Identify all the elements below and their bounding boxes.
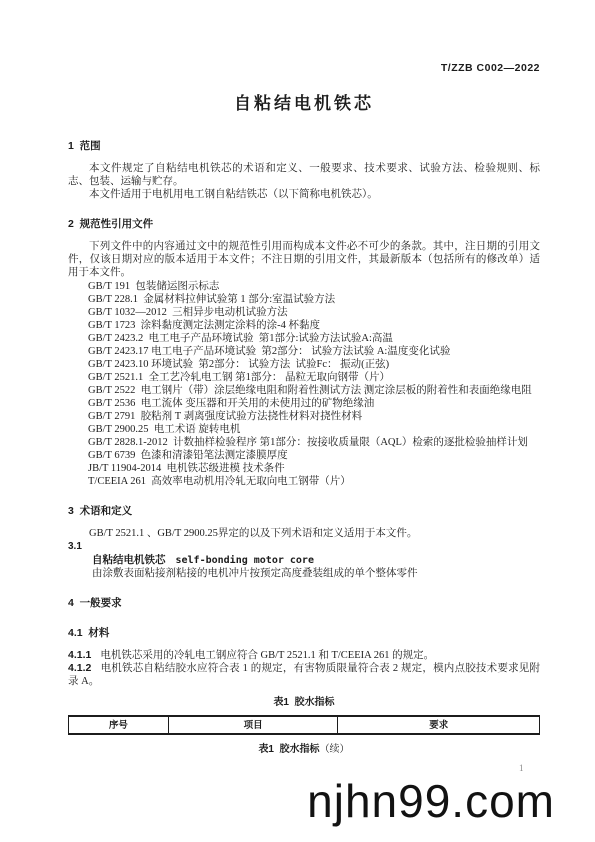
caption-suffix: （续） [320, 744, 350, 755]
term-en: self-bonding motor core [176, 555, 314, 566]
clause-number: 4.1.2 [68, 662, 91, 674]
section-1-paragraph: 本文件适用于电机用电工钢自粘结铁芯（以下简称电机铁芯）。 [68, 188, 540, 201]
section-4-heading: 4 一般要求 [68, 597, 540, 610]
reference-item: T/CEEIA 261 高效率电动机用冷轧无取向电工钢带（片） [68, 475, 540, 488]
page-number: 1 [519, 762, 524, 775]
reference-item: JB/T 11904-2014 电机铁芯级进模 技术条件 [68, 462, 540, 475]
reference-item: GB/T 2423.10 环境试验 第2部分： 试验方法 试验Fc： 振动(正弦… [68, 358, 540, 371]
reference-item: GB/T 2521.1 全工艺冷轧电工钢 第1部分： 晶粒无取向钢带（片） [68, 371, 540, 384]
reference-item: GB/T 2522 电工钢片（带）涂层绝缘电阻和附着性测试方法 测定涂层板的附着… [68, 384, 540, 397]
table1-caption: 表1 胶水指标 [68, 696, 540, 709]
reference-item: GB/T 1723 涂料黏度测定法测定涂料的涂-4 杯黏度 [68, 319, 540, 332]
term-definition: 由涂敷表面粘接剂粘接的电机冲片按预定高度叠装组成的单个整体零件 [68, 567, 540, 580]
table-header-requirement: 要求 [338, 716, 540, 734]
clause-4-1-1: 4.1.1电机铁芯采用的冷轧电工钢应符合 GB/T 2521.1 和 T/CEE… [68, 649, 540, 662]
page-title: 自粘结电机铁芯 [68, 97, 540, 110]
watermark-text: njhn99.com [307, 776, 555, 826]
term-line: 自粘结电机铁芯self-bonding motor core [68, 554, 540, 567]
table-header-seq: 序号 [69, 716, 169, 734]
table-header-row: 序号 项目 要求 [69, 716, 540, 734]
section-3-heading: 3 术语和定义 [68, 505, 540, 518]
reference-item: GB/T 2536 电工流体 变压器和开关用的未使用过的矿物绝缘油 [68, 397, 540, 410]
reference-item: GB/T 6739 色漆和清漆铅笔法测定漆膜厚度 [68, 449, 540, 462]
clause-4-1-2: 4.1.2电机铁芯自粘结胶水应符合表 1 的规定，有害物质限量符合表 2 规定，… [68, 662, 540, 688]
table1-caption-continued: 表1 胶水指标（续） [68, 743, 540, 756]
clause-text: 电机铁芯采用的冷轧电工钢应符合 GB/T 2521.1 和 T/CEEIA 26… [100, 650, 434, 661]
term-zh: 自粘结电机铁芯 [92, 554, 166, 566]
doc-number: T/ZZB C002—2022 [68, 62, 540, 75]
table1: 序号 项目 要求 [68, 715, 540, 735]
section-1-paragraph: 本文件规定了自粘结电机铁芯的术语和定义、一般要求、技术要求、试验方法、检验规则、… [68, 162, 540, 188]
section-2-heading: 2 规范性引用文件 [68, 218, 540, 231]
term-number: 3.1 [68, 540, 540, 553]
reference-item: GB/T 2828.1-2012 计数抽样检验程序 第1部分：按接收质量限（AQ… [68, 436, 540, 449]
clause-number: 4.1.1 [68, 649, 91, 661]
section-2-intro: 下列文件中的内容通过文中的规范性引用而构成本文件必不可少的条款。其中，注日期的引… [68, 240, 540, 279]
reference-item: GB/T 2423.17 电工电子产品环境试验 第2部分： 试验方法试验 A:温… [68, 345, 540, 358]
section-3-intro: GB/T 2521.1 、GB/T 2900.25界定的以及下列术语和定义适用于… [68, 527, 540, 540]
table-header-item: 项目 [168, 716, 338, 734]
section-4-1-heading: 4.1 材料 [68, 627, 540, 640]
reference-item: GB/T 2423.2 电工电子产品环境试验 第1部分:试验方法试验A:高温 [68, 332, 540, 345]
reference-item: GB/T 2791 胶粘剂 T 剥离强度试验方法挠性材料对挠性材料 [68, 410, 540, 423]
document-page: T/ZZB C002—2022 自粘结电机铁芯 1 范围 本文件规定了自粘结电机… [0, 0, 595, 842]
reference-item: GB/T 191 包装储运图示标志 [68, 280, 540, 293]
reference-item: GB/T 228.1 金属材料拉伸试验第 1 部分:室温试验方法 [68, 293, 540, 306]
reference-item: GB/T 2900.25 电工术语 旋转电机 [68, 423, 540, 436]
reference-list: GB/T 191 包装储运图示标志 GB/T 228.1 金属材料拉伸试验第 1… [68, 280, 540, 488]
reference-item: GB/T 1032—2012 三相异步电动机试验方法 [68, 306, 540, 319]
clause-text: 电机铁芯自粘结胶水应符合表 1 的规定，有害物质限量符合表 2 规定，模内点胶技… [68, 663, 540, 687]
section-1-heading: 1 范围 [68, 140, 540, 153]
